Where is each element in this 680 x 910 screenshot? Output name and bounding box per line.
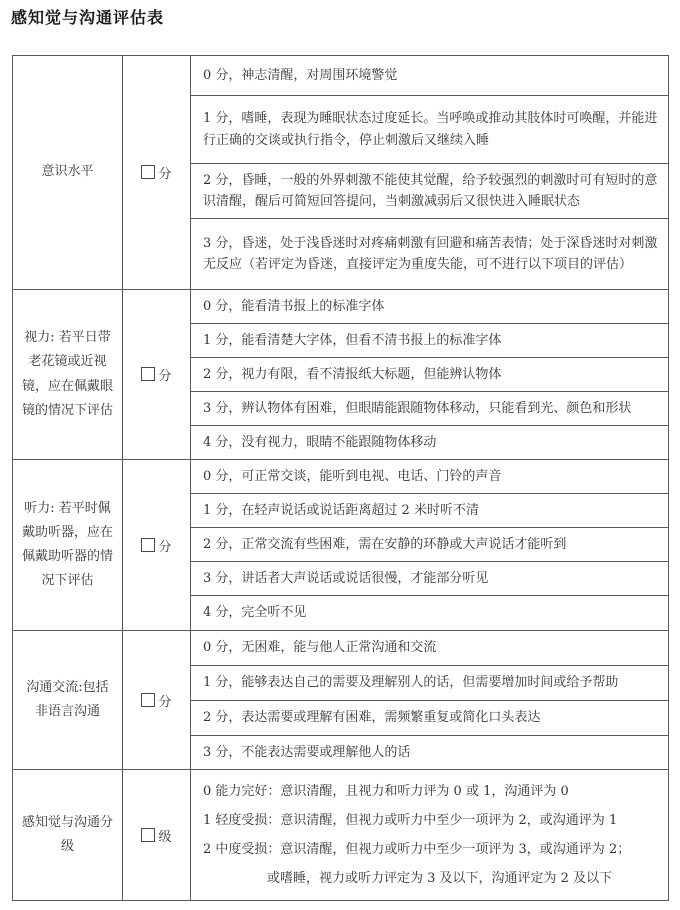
grading-criteria: 0 能力完好：意识清醒，且视力和听力评为 0 或 1，沟通评为 0 1 轻度受损…	[191, 770, 669, 901]
consciousness-option-0: 0 分，神志清醒，对周围环境警觉	[191, 56, 669, 96]
communication-option-2: 2 分，表达需要或理解有困难，需频繁重复或简化口头表达	[191, 701, 669, 736]
vision-score-cell: 分	[123, 290, 191, 460]
section-label-hearing: 听力: 若平时佩戴助听器，应在佩戴助听器的情况下评估	[13, 460, 123, 631]
document-page: 感知觉与沟通评估表 意识水平 分 0 分，神志清醒，对周围环境警觉 1 分，嗜睡…	[0, 0, 680, 910]
consciousness-score-unit: 分	[158, 167, 171, 182]
hearing-option-4: 4 分，完全听不见	[191, 596, 669, 631]
hearing-score-cell: 分	[123, 460, 191, 631]
communication-score-cell: 分	[123, 631, 191, 770]
section-label-consciousness: 意识水平	[13, 56, 123, 290]
consciousness-option-1: 1 分，嗜睡，表现为睡眠状态过度延长。当呼唤或推动其肢体时可唤醒，并能进行正确的…	[191, 96, 669, 164]
vision-score-unit: 分	[158, 369, 171, 384]
hearing-option-3: 3 分，讲话者大声说话或说话很慢，才能部分听见	[191, 562, 669, 596]
grading-checkbox[interactable]	[141, 828, 155, 842]
hearing-option-2: 2 分，正常交流有些困难，需在安静的环静或大声说话才能听到	[191, 528, 669, 562]
hearing-option-1: 1 分，在轻声说话或说话距离超过 2 米时听不清	[191, 494, 669, 528]
communication-score-checkbox[interactable]	[141, 693, 155, 707]
vision-option-1: 1 分，能看清楚大字体，但看不清书报上的标准字体	[191, 324, 669, 358]
consciousness-score-cell: 分	[123, 56, 191, 290]
consciousness-score-checkbox[interactable]	[141, 165, 155, 179]
grading-line-1: 1 轻度受损：意识清醒，但视力或听力中至少一项评为 2，或沟通评为 1	[203, 806, 660, 835]
vision-option-2: 2 分，视力有限，看不清报纸大标题，但能辨认物体	[191, 358, 669, 392]
section-label-communication: 沟通交流:包括非语言沟通	[13, 631, 123, 770]
hearing-score-unit: 分	[158, 540, 171, 555]
grading-line-2: 2 中度受损：意识清醒，但视力或听力中至少一项评为 3，或沟通评为 2；	[203, 835, 660, 864]
grading-line-0: 0 能力完好：意识清醒，且视力和听力评为 0 或 1，沟通评为 0	[203, 777, 660, 806]
grading-unit: 级	[158, 830, 171, 845]
communication-option-1: 1 分，能够表达自己的需要及理解别人的话，但需要增加时间或给予帮助	[191, 666, 669, 701]
grading-cell: 级	[123, 770, 191, 901]
communication-option-0: 0 分，无困难，能与他人正常沟通和交流	[191, 631, 669, 666]
vision-option-4: 4 分，没有视力，眼睛不能跟随物体移动	[191, 426, 669, 460]
hearing-option-0: 0 分，可正常交谈，能听到电视、电话、门铃的声音	[191, 460, 669, 494]
vision-score-checkbox[interactable]	[141, 367, 155, 381]
form-title: 感知觉与沟通评估表	[11, 5, 164, 28]
hearing-score-checkbox[interactable]	[141, 538, 155, 552]
section-label-grading: 感知觉与沟通分级	[13, 770, 123, 901]
consciousness-option-3: 3 分，昏迷，处于浅昏迷时对疼痛刺激有回避和痛苦表情；处于深昏迷时对刺激无反应（…	[191, 219, 669, 290]
section-label-vision: 视力: 若平日带老花镜或近视镜，应在佩戴眼镜的情况下评估	[13, 290, 123, 460]
communication-option-3: 3 分，不能表达需要或理解他人的话	[191, 736, 669, 770]
assessment-table: 意识水平 分 0 分，神志清醒，对周围环境警觉 1 分，嗜睡，表现为睡眠状态过度…	[12, 55, 669, 901]
grading-line-3: 或嗜睡，视力或听力评定为 3 及以下，沟通评定为 2 及以下	[203, 864, 660, 893]
consciousness-option-2: 2 分，昏睡，一般的外界刺激不能使其觉醒，给予较强烈的刺激时可有短时的意识清醒，…	[191, 164, 669, 219]
communication-score-unit: 分	[158, 695, 171, 710]
vision-option-3: 3 分，辨认物体有困难，但眼睛能跟随物体移动，只能看到光、颜色和形状	[191, 392, 669, 426]
vision-option-0: 0 分，能看清书报上的标准字体	[191, 290, 669, 324]
